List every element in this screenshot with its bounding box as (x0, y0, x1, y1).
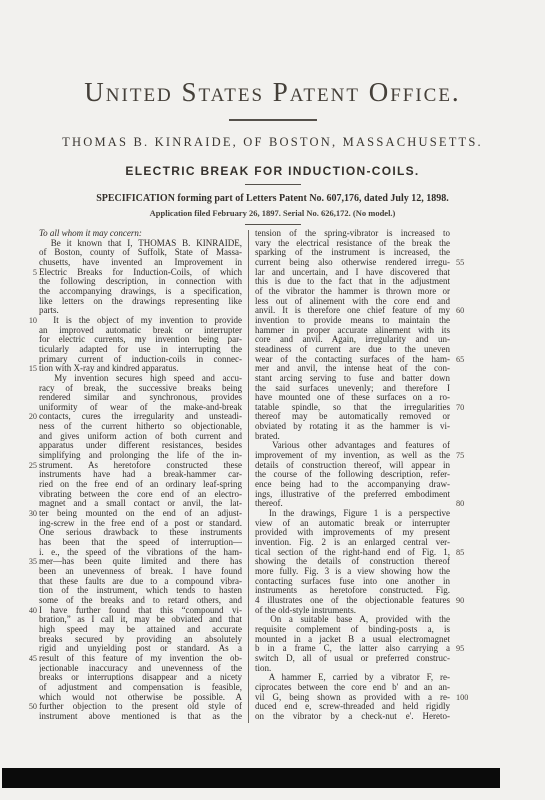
line-number: 55 (450, 258, 470, 268)
line-number: 65 (450, 355, 470, 365)
line-number (26, 480, 39, 490)
line-text: bration,” as I call it, may be obviated … (39, 615, 242, 625)
line-text: Be it known that I, THOMAS B. KINRAIDE, (39, 239, 242, 249)
line-number: 40 (26, 606, 39, 616)
line-text: tion. (255, 664, 450, 674)
line-number (26, 528, 39, 538)
line-text: the accompanying drawings, is a specific… (39, 287, 242, 297)
line-number (450, 248, 470, 258)
line-number (450, 432, 470, 442)
line-text: invention. Fig. 2 is an enlarged central… (255, 538, 450, 548)
line-text: and gives uniform action of both current… (39, 432, 242, 442)
line-text: ing-screw in the free end of a post or s… (39, 519, 242, 529)
line-text: ness of the current hitherto so objectio… (39, 422, 242, 432)
text-line: this is due to the fact that in the adju… (255, 277, 470, 287)
line-text: chusetts, have invented an Improvement i… (39, 258, 242, 268)
text-line: instruments as heretofore constructed. F… (255, 586, 470, 596)
line-number (26, 355, 39, 365)
line-number: 25 (26, 461, 39, 471)
line-text: switch D, all of usual or preferred cons… (255, 654, 450, 664)
line-text: To all whom it may concern: (39, 229, 242, 239)
line-number (450, 239, 470, 249)
text-line: instruments have had a break-hammer car- (26, 470, 242, 480)
line-number (450, 461, 470, 471)
patent-document-page: United States Patent Office. THOMAS B. K… (0, 0, 545, 800)
line-number (450, 277, 470, 287)
line-text: i. e., the speed of the vibrations of th… (39, 548, 242, 558)
line-number (26, 596, 39, 606)
line-text: b in a frame C, the latter also carrying… (255, 644, 450, 654)
line-number: 100 (450, 693, 470, 703)
line-text: hammer in proper accurate alinement with… (255, 326, 450, 336)
line-number (26, 432, 39, 442)
line-number (26, 625, 39, 635)
line-text: been an unevenness of break. I have foun… (39, 567, 242, 577)
text-line: an improved automatic break or interrupt… (26, 326, 242, 336)
line-text: improvement of my invention, as well as … (255, 451, 450, 461)
text-line: of Boston, county of Suffolk, State of M… (26, 248, 242, 258)
line-number (450, 509, 470, 519)
line-number (450, 229, 470, 239)
text-line: core and anvil. Again, irregularity and … (255, 335, 470, 345)
line-number (450, 519, 470, 529)
line-text: more fully. Fig. 3 is a view showing how… (255, 567, 450, 577)
line-number (450, 393, 470, 403)
text-line: invention to provide means to maintain t… (255, 316, 470, 326)
text-line: improvement of my invention, as well as … (255, 451, 470, 461)
text-line: steadiness of current are due to the une… (255, 345, 470, 355)
line-number (450, 384, 470, 394)
line-text: jectionable inaccuracy and unevenness of… (39, 664, 242, 674)
line-text: on the vibrator by a check-nut e'. Heret… (255, 712, 450, 722)
text-line: of adjustment and compensation is feasib… (26, 683, 242, 693)
line-text: of the old-style instruments. (255, 606, 450, 616)
line-number (450, 567, 470, 577)
body-columns: To all whom it may concern: Be it known … (26, 229, 470, 723)
line-text: sparking of the instrument is increased,… (255, 248, 450, 258)
text-line: more fully. Fig. 3 is a view showing how… (255, 567, 470, 577)
text-line: stant arcing serving to fuse and batter … (255, 374, 470, 384)
line-text: have mounted one of these surfaces on a … (255, 393, 450, 403)
text-line: have mounted one of these surfaces on a … (255, 393, 470, 403)
text-line: 30 ter being mounted on the end of an ad… (26, 509, 242, 519)
line-text: result of this feature of my invention t… (39, 654, 242, 664)
line-number (450, 422, 470, 432)
line-text: thereof. (255, 499, 450, 509)
line-text: thereof may be automatically removed or (255, 412, 450, 422)
line-number (26, 664, 39, 674)
line-number: 60 (450, 306, 470, 316)
line-number: 85 (450, 548, 470, 558)
line-text: ence being had to the accompanying draw- (255, 480, 450, 490)
text-line: Be it known that I, THOMAS B. KINRAIDE, (26, 239, 242, 249)
line-number (450, 412, 470, 422)
text-line: My invention secures high speed and accu… (26, 374, 242, 384)
text-line: some of the breaks and to retard others,… (26, 596, 242, 606)
line-number (26, 277, 39, 287)
line-number (26, 326, 39, 336)
text-line: 20 contacts, cures the irregularity and … (26, 412, 242, 422)
line-number (26, 586, 39, 596)
line-number (450, 664, 470, 674)
line-text: anvil. It is therefore one chief feature… (255, 306, 450, 316)
text-line: 10 It is the object of my invention to p… (26, 316, 242, 326)
line-number (450, 625, 470, 635)
text-line: has been that the speed of interruption— (26, 538, 242, 548)
line-number (450, 702, 470, 712)
line-text: A hammer E, carried by a vibrator F, re- (255, 673, 450, 683)
line-text: I have further found that this “compound… (39, 606, 242, 616)
line-number (26, 287, 39, 297)
text-line: switch D, all of usual or preferred cons… (255, 654, 470, 664)
text-line: rigid and unyielding post or standard. A… (26, 644, 242, 654)
line-text: of the vibrator the hammer is thrown mor… (255, 287, 450, 297)
line-number (450, 557, 470, 567)
text-line: of the vibrator the hammer is thrown mor… (255, 287, 470, 297)
line-text: tatable spindle, so that the irregularit… (255, 403, 450, 413)
line-number (450, 374, 470, 384)
line-text: In the drawings, Figure 1 is a perspecti… (255, 509, 450, 519)
text-line: apparatus under different resistances, b… (26, 441, 242, 451)
line-number: 80 (450, 499, 470, 509)
text-line: To all whom it may concern: (26, 229, 242, 239)
text-line: like letters on the drawings representin… (26, 297, 242, 307)
text-line: requisite complement of binding-posts a,… (255, 625, 470, 635)
text-line: the accompanying drawings, is a specific… (26, 287, 242, 297)
line-text: this is due to the fact that in the adju… (255, 277, 450, 287)
text-line: brated. (255, 432, 470, 442)
text-line: ciprocates between the core end b' and a… (255, 683, 470, 693)
text-line: One serious drawback to these instrument… (26, 528, 242, 538)
text-line: instrument above mentioned is that as th… (26, 712, 242, 722)
text-line: chusetts, have invented an Improvement i… (26, 258, 242, 268)
line-text: that these faults are due to a compound … (39, 577, 242, 587)
invention-title: ELECTRIC BREAK FOR INDUCTION-COILS. (0, 164, 545, 178)
line-text: One serious drawback to these instrument… (39, 528, 242, 538)
line-number (26, 548, 39, 558)
text-line: thereof. 80 (255, 499, 470, 509)
specification-line: SPECIFICATION forming part of Letters Pa… (0, 193, 545, 204)
text-line: invention. Fig. 2 is an enlarged central… (255, 538, 470, 548)
line-text: rigid and unyielding post or standard. A… (39, 644, 242, 654)
line-number (450, 364, 470, 374)
line-number (26, 422, 39, 432)
line-number: 30 (26, 509, 39, 519)
line-number (26, 441, 39, 451)
line-number (450, 345, 470, 355)
line-number (450, 654, 470, 664)
right-column: tension of the spring-vibrator is increa… (255, 229, 470, 721)
line-text: mounted in a jacket B a usual electromag… (255, 635, 450, 645)
line-text: rendered similar and synchronous, provid… (39, 393, 242, 403)
text-line: ness of the current hitherto so objectio… (26, 422, 242, 432)
line-text: which would not otherwise be possible. A (39, 693, 242, 703)
line-number (450, 586, 470, 596)
line-text: details of construction thereof, will ap… (255, 461, 450, 471)
text-line: high speed may be attained and accurate (26, 625, 242, 635)
text-line: which would not otherwise be possible. A (26, 693, 242, 703)
text-line: tion. (255, 664, 470, 674)
text-line: wear of the contacting surfaces of the h… (255, 355, 470, 365)
line-number (26, 306, 39, 316)
line-text: instrument above mentioned is that as th… (39, 712, 242, 722)
line-text: invention to provide means to maintain t… (255, 316, 450, 326)
line-number: 90 (450, 596, 470, 606)
line-text: less out of alinement with the core end … (255, 297, 450, 307)
line-number: 35 (26, 557, 39, 567)
line-number: 20 (26, 412, 39, 422)
line-number: 50 (26, 702, 39, 712)
line-text: the course of the following description,… (255, 470, 450, 480)
line-text: racy of break, the successive breaks bei… (39, 384, 242, 394)
text-line: lar and uncertain, and I have discovered… (255, 268, 470, 278)
line-number (26, 499, 39, 509)
line-text: ticularly adapted for use in interruptin… (39, 345, 242, 355)
line-text: tical section of the right-hand end of F… (255, 548, 450, 558)
line-number (450, 635, 470, 645)
text-line: 5 Electric Breaks for Induction-Coils, o… (26, 268, 242, 278)
line-number (26, 403, 39, 413)
application-line: Application filed February 26, 1897. Ser… (0, 208, 545, 218)
title-rule (245, 184, 301, 185)
text-line: 45 result of this feature of my inventio… (26, 654, 242, 664)
text-line: on the vibrator by a check-nut e'. Heret… (255, 712, 470, 722)
line-number (26, 384, 39, 394)
line-text: provided with improvements of my present (255, 528, 450, 538)
line-text: My invention secures high speed and accu… (39, 374, 242, 384)
text-line: the course of the following description,… (255, 470, 470, 480)
text-line: that these faults are due to a compound … (26, 577, 242, 587)
line-number (450, 615, 470, 625)
scan-artifact-bar (2, 768, 500, 788)
text-line: primary current of induction-coils in co… (26, 355, 242, 365)
text-line: breaks or interruptions disappear and a … (26, 673, 242, 683)
text-line: rendered similar and synchronous, provid… (26, 393, 242, 403)
line-text: ried on the free end of an ordinary leaf… (39, 480, 242, 490)
line-number (450, 335, 470, 345)
line-number (26, 567, 39, 577)
text-line: and gives uniform action of both current… (26, 432, 242, 442)
text-line: tension of the spring-vibrator is increa… (255, 229, 470, 239)
line-text: of Boston, county of Suffolk, State of M… (39, 248, 242, 258)
text-line: been an unevenness of break. I have foun… (26, 567, 242, 577)
line-text: the following description, in connection… (39, 277, 242, 287)
line-number (450, 326, 470, 336)
line-number (26, 577, 39, 587)
line-number: 5 (26, 268, 39, 278)
text-line: ticularly adapted for use in interruptin… (26, 345, 242, 355)
line-number (26, 393, 39, 403)
text-line: of the old-style instruments. (255, 606, 470, 616)
line-number (26, 248, 39, 258)
text-line: uniformity of wear of the make-and-break (26, 403, 242, 413)
line-text: obviated by rotating it as the hammer is… (255, 422, 450, 432)
line-number (26, 229, 39, 239)
line-text: instruments as heretofore constructed. F… (255, 586, 450, 596)
line-text: mer—has been quite limited and there has (39, 557, 242, 567)
inventor-line: THOMAS B. KINRAIDE, OF BOSTON, MASSACHUS… (0, 135, 545, 150)
text-line: less out of alinement with the core end … (255, 297, 470, 307)
line-text: contacting surfaces fuse into one anothe… (255, 577, 450, 587)
line-number (26, 490, 39, 500)
text-line: ings, illustrative of the preferred embo… (255, 490, 470, 500)
line-text: current being also otherwise rendered ir… (255, 258, 450, 268)
line-number (26, 374, 39, 384)
line-text: some of the breaks and to retard others,… (39, 596, 242, 606)
line-number (26, 470, 39, 480)
line-number (450, 470, 470, 480)
line-text: requisite complement of binding-posts a,… (255, 625, 450, 635)
line-text: breaks or interruptions disappear and a … (39, 673, 242, 683)
line-text: Various other advantages and features of (255, 441, 450, 451)
text-line: simplifying and prolonging the life of t… (26, 451, 242, 461)
text-line: showing the details of construction ther… (255, 557, 470, 567)
text-line: tatable spindle, so that the irregularit… (255, 403, 470, 413)
text-line: anvil. It is therefore one chief feature… (255, 306, 470, 316)
text-line: tion of the instrument, which tends to h… (26, 586, 242, 596)
line-number (450, 538, 470, 548)
line-number (450, 297, 470, 307)
line-text: vary the electrical resistance of the br… (255, 239, 450, 249)
line-text: Electric Breaks for Induction-Coils, of … (39, 268, 242, 278)
text-line: contacting surfaces fuse into one anothe… (255, 577, 470, 587)
line-number (26, 635, 39, 645)
line-text: vibrating between the core end of an ele… (39, 490, 242, 500)
line-number (450, 287, 470, 297)
line-number: 70 (450, 403, 470, 413)
line-text: of adjustment and compensation is feasib… (39, 683, 242, 693)
line-number (450, 441, 470, 451)
line-number (450, 490, 470, 500)
line-text: tension of the spring-vibrator is increa… (255, 229, 450, 239)
line-text: ter being mounted on the end of an adjus… (39, 509, 242, 519)
text-line: current being also otherwise rendered ir… (255, 258, 470, 268)
line-text: contacts, cures the irregularity and uns… (39, 412, 242, 422)
text-line: provided with improvements of my present (255, 528, 470, 538)
spec-rule (245, 224, 301, 225)
column-divider (248, 230, 249, 723)
text-line: obviated by rotating it as the hammer is… (255, 422, 470, 432)
text-line: A hammer E, carried by a vibrator F, re- (255, 673, 470, 683)
left-column: To all whom it may concern: Be it known … (26, 229, 242, 721)
text-line: view of an automatic break or interrupte… (255, 519, 470, 529)
line-number (26, 239, 39, 249)
text-line: vary the electrical resistance of the br… (255, 239, 470, 249)
line-number: 10 (26, 316, 39, 326)
line-number (450, 673, 470, 683)
line-text: an improved automatic break or interrupt… (39, 326, 242, 336)
line-text: further objection to the present old sty… (39, 702, 242, 712)
text-line: i. e., the speed of the vibrations of th… (26, 548, 242, 558)
text-line: tical section of the right-hand end of F… (255, 548, 470, 558)
line-text: simplifying and prolonging the life of t… (39, 451, 242, 461)
line-text: tion with X-ray and kindred apparatus. (39, 364, 242, 374)
line-text: 4 illustrates one of the objectionable f… (255, 596, 450, 606)
header-rule (229, 119, 317, 121)
line-number (26, 683, 39, 693)
text-line: racy of break, the successive breaks bei… (26, 384, 242, 394)
line-text: like letters on the drawings representin… (39, 297, 242, 307)
line-number (450, 606, 470, 616)
line-number (450, 528, 470, 538)
line-number (450, 480, 470, 490)
line-text: high speed may be attained and accurate (39, 625, 242, 635)
line-text: mer and anvil, the intense heat of the c… (255, 364, 450, 374)
line-number: 75 (450, 451, 470, 461)
line-text: parts. (39, 306, 242, 316)
text-line: In the drawings, Figure 1 is a perspecti… (255, 509, 470, 519)
text-line: hammer in proper accurate alinement with… (255, 326, 470, 336)
line-number (26, 712, 39, 722)
line-number (450, 268, 470, 278)
text-line: b in a frame C, the latter also carrying… (255, 644, 470, 654)
text-line: the following description, in connection… (26, 277, 242, 287)
text-line: breaks secured by providing an absolutel… (26, 635, 242, 645)
text-line: 50 further objection to the present old … (26, 702, 242, 712)
line-text: duced end e, screw-threaded and held rig… (255, 702, 450, 712)
text-line: On a suitable base A, provided with the (255, 615, 470, 625)
text-line: vibrating between the core end of an ele… (26, 490, 242, 500)
text-line: 4 illustrates one of the objectionable f… (255, 596, 470, 606)
line-number (26, 615, 39, 625)
text-line: 15 tion with X-ray and kindred apparatus… (26, 364, 242, 374)
line-number (450, 577, 470, 587)
line-text: for electric currents, my invention bein… (39, 335, 242, 345)
line-text: has been that the speed of interruption— (39, 538, 242, 548)
text-line: magnet and a small contact or anvil, the… (26, 499, 242, 509)
line-number (26, 345, 39, 355)
line-text: steadiness of current are due to the une… (255, 345, 450, 355)
text-line: for electric currents, my invention bein… (26, 335, 242, 345)
text-line: details of construction thereof, will ap… (255, 461, 470, 471)
line-text: uniformity of wear of the make-and-break (39, 403, 242, 413)
line-number (450, 683, 470, 693)
line-text: core and anvil. Again, irregularity and … (255, 335, 450, 345)
line-number (26, 693, 39, 703)
line-number (26, 644, 39, 654)
text-line: the said surfaces unevenly; and therefor… (255, 384, 470, 394)
text-line: ing-screw in the free end of a post or s… (26, 519, 242, 529)
line-text: primary current of induction-coils in co… (39, 355, 242, 365)
text-line: vil G, being shown as provided with a re… (255, 693, 470, 703)
text-line: mounted in a jacket B a usual electromag… (255, 635, 470, 645)
line-text: lar and uncertain, and I have discovered… (255, 268, 450, 278)
line-number (26, 297, 39, 307)
text-line: ried on the free end of an ordinary leaf… (26, 480, 242, 490)
line-text: It is the object of my invention to prov… (39, 316, 242, 326)
text-line: 25 strument. As heretofore constructed t… (26, 461, 242, 471)
line-text: strument. As heretofore constructed thes… (39, 461, 242, 471)
line-number (26, 335, 39, 345)
text-line: jectionable inaccuracy and unevenness of… (26, 664, 242, 674)
text-line: 35 mer—has been quite limited and there … (26, 557, 242, 567)
line-text: breaks secured by providing an absolutel… (39, 635, 242, 645)
line-number: 15 (26, 364, 39, 374)
line-number: 45 (26, 654, 39, 664)
text-line: duced end e, screw-threaded and held rig… (255, 702, 470, 712)
line-text: wear of the contacting surfaces of the h… (255, 355, 450, 365)
text-line: thereof may be automatically removed or (255, 412, 470, 422)
text-line: mer and anvil, the intense heat of the c… (255, 364, 470, 374)
line-text: tion of the instrument, which tends to h… (39, 586, 242, 596)
line-number (26, 538, 39, 548)
line-number (26, 673, 39, 683)
text-line: Various other advantages and features of (255, 441, 470, 451)
line-number (26, 451, 39, 461)
line-number (450, 316, 470, 326)
text-line: sparking of the instrument is increased,… (255, 248, 470, 258)
text-line: parts. (26, 306, 242, 316)
